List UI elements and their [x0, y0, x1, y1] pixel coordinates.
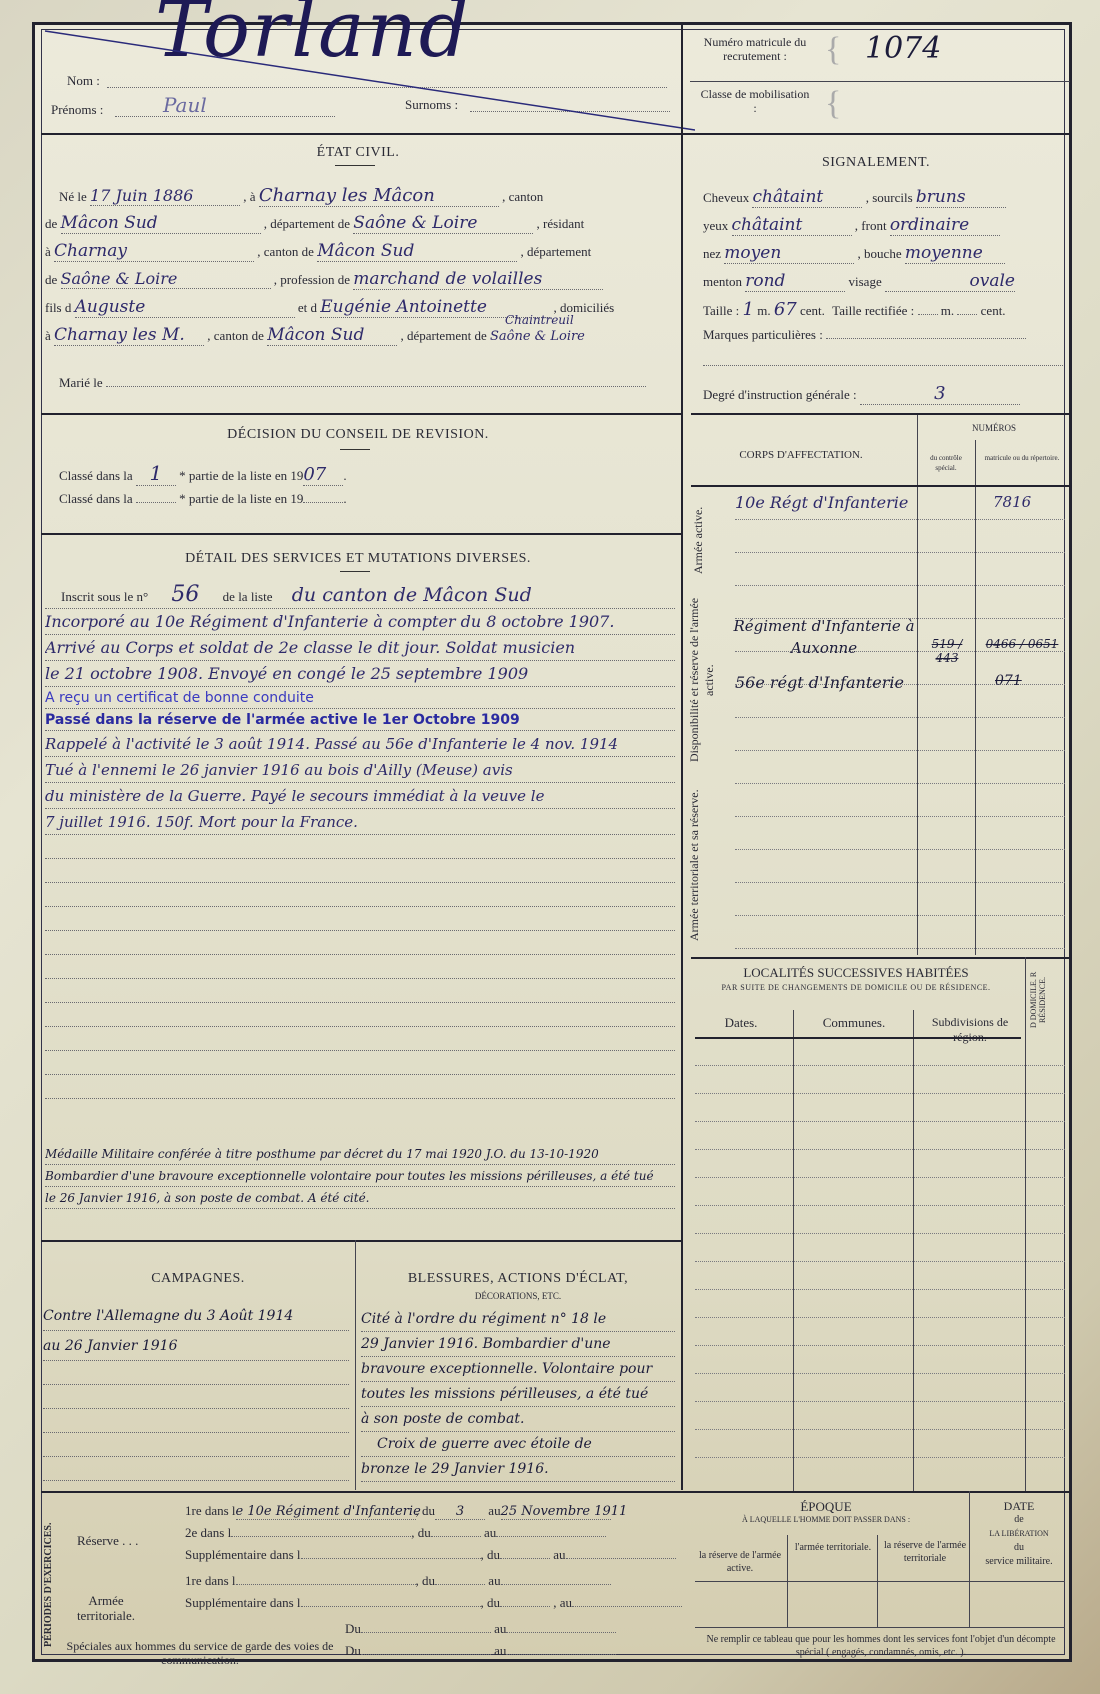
- canton-label: , canton de: [207, 328, 264, 343]
- ruled-line: [695, 1093, 1065, 1094]
- classe-partie-value: [136, 502, 176, 503]
- column-divider: [913, 1010, 914, 1491]
- vertical-divider: [681, 25, 683, 1490]
- affectation-controle: 519 / 443: [921, 637, 973, 665]
- liste-label: de la liste: [223, 589, 273, 604]
- blessure-line: Croix de guerre avec étoile de: [361, 1432, 675, 1457]
- nez-value: moyen: [724, 243, 854, 264]
- exercice-au-value: [572, 1606, 682, 1607]
- inscrit-row: Inscrit sous le n° 56 de la liste du can…: [45, 581, 675, 609]
- marie-label: Marié le: [59, 375, 103, 390]
- date-liberation: LA LIBÉRATION: [971, 1527, 1067, 1541]
- matricule-value: 1074: [865, 31, 941, 66]
- au-label: au: [488, 1573, 500, 1588]
- classe-partie-value: 1: [136, 461, 176, 486]
- a-label: à: [45, 328, 51, 343]
- canton-value: Mâcon Sud: [267, 325, 397, 346]
- blessure-line: 29 Janvier 1916. Bombardier d'une: [361, 1332, 675, 1357]
- affectation-matricule: 0466 / 0651: [977, 637, 1067, 651]
- exercice-du-value: [431, 1536, 481, 1537]
- partie-label: partie de la liste en 19: [189, 468, 303, 483]
- ruled-line: [695, 1121, 1065, 1122]
- ruled-line: [695, 1065, 1065, 1066]
- matricule-header: matricule ou du répertoire.: [977, 453, 1067, 463]
- blank-line: [45, 979, 675, 1003]
- dotted-line: [957, 314, 977, 315]
- sourcils-label: , sourcils: [866, 190, 913, 205]
- a-label: , à: [243, 189, 255, 204]
- section-armee-active: Armée active.: [691, 495, 706, 585]
- ruled-line: [695, 1233, 1065, 1234]
- section-disponibilite: Disponibilité et réserve de l'armée acti…: [687, 595, 717, 765]
- column-divider: [793, 1010, 794, 1491]
- classe-annee-value: [303, 502, 343, 503]
- au-label: , au: [553, 1595, 572, 1610]
- ruled-line: [695, 1177, 1065, 1178]
- classe-row-1: Classé dans la 1 * partie de la liste en…: [59, 461, 347, 486]
- ruled-line: [735, 849, 1065, 850]
- front-label: , front: [855, 218, 887, 233]
- epoque-subtitle: À LAQUELLE L'HOMME DOIT PASSER DANS :: [691, 1515, 961, 1524]
- epoque-col-reserve-territoriale: la réserve de l'armée territoriale: [881, 1539, 969, 1565]
- marques-row: Marques particulières :: [703, 327, 1026, 343]
- campagne-line: Contre l'Allemagne du 3 Août 1914: [43, 1301, 349, 1331]
- section-divider: [41, 533, 681, 535]
- exercice-prefix: 1re dans l: [185, 1573, 236, 1588]
- exercice-row: 1re dans le 10e Régiment d'Infanterie, d…: [185, 1503, 675, 1520]
- subdivisions-header: Subdivisions de région.: [915, 1015, 1025, 1045]
- table-header-divider: [691, 485, 1071, 487]
- exercice-unit-value: [231, 1536, 411, 1537]
- diagonal-strike-line: [35, 25, 695, 135]
- blank-lines: [45, 835, 675, 1099]
- taille-m-value: 1: [743, 299, 754, 320]
- exercice-au-value: [496, 1536, 606, 1537]
- menton-row: menton rond visage ovale: [703, 271, 1015, 292]
- communes-header: Communes.: [795, 1015, 913, 1031]
- cheveux-label: Cheveux: [703, 190, 749, 205]
- marie-row: Marié le: [59, 375, 646, 391]
- ruled-line: [695, 1457, 1065, 1458]
- service-line: le 21 octobre 1908. Envoyé en congé le 2…: [45, 661, 675, 687]
- bouche-value: moyenne: [905, 243, 1005, 264]
- menton-value: rond: [745, 271, 845, 292]
- exercice-unit-value: e 10e Régiment d'Infanterie: [236, 1504, 416, 1520]
- exercice-au-value: 25 Novembre 1911: [501, 1504, 611, 1520]
- blessures-lines: Cité à l'ordre du régiment n° 18 le 29 J…: [361, 1307, 675, 1482]
- et-label: et d: [298, 300, 317, 315]
- ruled-line: [695, 1429, 1065, 1430]
- domicile-residence-header: D DOMICILE. R RÉSIDENCE.: [1029, 965, 1047, 1035]
- affectation-corps: 56e régt d'Infanterie: [735, 673, 904, 692]
- ruled-line: [695, 1373, 1065, 1374]
- residant-label: , résidant: [537, 216, 585, 231]
- date-du: du: [971, 1541, 1067, 1555]
- du-label: , du: [411, 1525, 431, 1540]
- date-title: DATE: [971, 1499, 1067, 1513]
- section-divider: [41, 1240, 681, 1242]
- blessure-line: bravoure exceptionnelle. Volontaire pour: [361, 1357, 675, 1382]
- section-divider: [41, 1491, 1071, 1493]
- blessure-line: à son poste de combat.: [361, 1407, 675, 1432]
- services-lines: Inscrit sous le n° 56 de la liste du can…: [45, 581, 675, 1099]
- ruled-line: [735, 552, 1065, 553]
- affectation-matricule: 071: [995, 673, 1022, 689]
- title-underline: [340, 449, 370, 450]
- du-label: , du: [416, 1573, 436, 1588]
- ruled-line: [695, 1345, 1065, 1346]
- blank-line: [45, 835, 675, 859]
- localites-title: LOCALITÉS SUCCESSIVES HABITÉES: [691, 965, 1021, 981]
- ruled-line: [735, 519, 1065, 520]
- brace-icon: {: [825, 31, 841, 69]
- territoriale-label: Armée territoriale.: [71, 1593, 141, 1623]
- service-line: Arrivé au Corps et soldat de 2e classe l…: [45, 635, 675, 661]
- marie-value: [106, 386, 646, 387]
- profession-row: de Saône & Loire , profession de marchan…: [45, 269, 603, 290]
- du-label: , du: [416, 1503, 436, 1518]
- yeux-value: châtaint: [732, 215, 852, 236]
- date-de: de: [971, 1513, 1067, 1527]
- date-liberation-header: DATE de LA LIBÉRATION du service militai…: [971, 1499, 1067, 1569]
- au-label: au: [494, 1621, 506, 1636]
- classe-label: Classe de mobilisation :: [700, 87, 810, 115]
- service-line: du ministère de la Guerre. Payé le secou…: [45, 783, 675, 809]
- departement-label: , département de: [264, 216, 350, 231]
- canton-label: , canton de: [257, 244, 314, 259]
- service-line: Rappelé à l'activité le 3 août 1914. Pas…: [45, 731, 675, 757]
- departement-label: , département de: [400, 328, 486, 343]
- dotted-line: [918, 314, 938, 315]
- exercice-prefix: 2e dans l: [185, 1525, 231, 1540]
- lieu-naissance-value: Charnay les Mâcon: [259, 185, 499, 207]
- departement-value: Saône & Loire: [490, 329, 585, 344]
- blessure-line: bronze le 29 Janvier 1916.: [361, 1457, 675, 1482]
- blank-line: [45, 1027, 675, 1051]
- taille-m-unit: m.: [757, 303, 770, 318]
- services-title: DÉTAIL DES SERVICES ET MUTATIONS DIVERSE…: [35, 551, 681, 567]
- blank-line: [45, 859, 675, 883]
- column-divider: [975, 440, 976, 955]
- degre-value: 3: [860, 383, 1020, 405]
- sourcils-value: bruns: [916, 187, 1006, 208]
- brace-icon: {: [825, 85, 841, 123]
- ruled-line: [735, 750, 1065, 751]
- departement-label: , département: [520, 244, 591, 259]
- departement-value: Saône & Loire: [353, 213, 533, 234]
- ne-le-value: 17 Juin 1886: [90, 186, 240, 206]
- exercice-du-value: [500, 1606, 550, 1607]
- epoque-title: ÉPOQUE: [691, 1499, 961, 1515]
- canton-value: Mâcon Sud: [317, 241, 517, 262]
- taille-row: Taille : 1 m. 67 cent. Taille rectifiée …: [703, 299, 1006, 320]
- marques-value: [826, 338, 1026, 339]
- blank-line: [43, 1409, 349, 1433]
- blank-line: [45, 883, 675, 907]
- front-value: ordinaire: [890, 215, 1000, 236]
- conseil-title: DÉCISION DU CONSEIL DE REVISION.: [35, 427, 681, 443]
- signalement-title: SIGNALEMENT.: [681, 155, 1071, 171]
- inscrit-num-value: 56: [171, 582, 199, 607]
- blessure-line: Cité à l'ordre du régiment n° 18 le: [361, 1307, 675, 1332]
- exercice-row: Supplémentaire dans l, du au: [185, 1547, 675, 1563]
- exercice-prefix: 1re dans l: [185, 1503, 236, 1518]
- ne-le-row: Né le 17 Juin 1886 , à Charnay les Mâcon…: [59, 185, 543, 207]
- visage-label: visage: [849, 274, 882, 289]
- blank-line: [45, 931, 675, 955]
- de-label: de: [45, 272, 57, 287]
- residant-value: Charnay: [54, 241, 254, 262]
- exercice-du-value: [435, 1584, 485, 1585]
- epoque-note: Ne remplir ce tableau que pour les homme…: [701, 1633, 1061, 1659]
- ruled-line: [735, 882, 1065, 883]
- blank-line: [45, 1003, 675, 1027]
- exercice-prefix: Du: [345, 1643, 361, 1658]
- exercice-unit-value: [301, 1606, 481, 1607]
- exercice-row: 1re dans l, du au: [185, 1573, 675, 1589]
- exercice-prefix: Du: [345, 1621, 361, 1636]
- exercice-du-value: [500, 1558, 550, 1559]
- medaille-line: Bombardier d'une bravoure exceptionnelle…: [45, 1165, 675, 1187]
- blank-line: [43, 1385, 349, 1409]
- ruled-line: [735, 915, 1065, 916]
- nez-label: nez: [703, 246, 721, 261]
- exercice-au-value: [506, 1654, 616, 1655]
- epoque-col-territoriale: l'armée territoriale.: [791, 1541, 875, 1554]
- exercice-row: 2e dans l, du au: [185, 1525, 675, 1541]
- ruled-line: [735, 816, 1065, 817]
- service-line: 7 juillet 1916. 150f. Mort pour la Franc…: [45, 809, 675, 835]
- service-line: Incorporé au 10e Régiment d'Infanterie à…: [45, 609, 675, 635]
- classe-label: Classé dans la: [59, 491, 133, 506]
- ruled-line: [695, 1205, 1065, 1206]
- section-territoriale: Armée territoriale et sa réserve.: [687, 785, 702, 945]
- affectation-corps: 10e Régt d'Infanterie: [735, 493, 908, 512]
- nez-row: nez moyen , bouche moyenne: [703, 243, 1005, 264]
- campagnes-lines: Contre l'Allemagne du 3 Août 1914 au 26 …: [43, 1301, 349, 1481]
- blank-line: [43, 1433, 349, 1457]
- etat-civil-title: ÉTAT CIVIL.: [35, 145, 681, 161]
- blessures-title: BLESSURES, ACTIONS D'ÉCLAT,: [355, 1271, 681, 1287]
- table-divider: [695, 1627, 1065, 1628]
- yeux-row: yeux châtaint , front ordinaire: [703, 215, 1000, 236]
- section-divider: [691, 957, 1071, 959]
- au-label: au: [488, 1503, 500, 1518]
- du-label: , du: [481, 1595, 501, 1610]
- menton-label: menton: [703, 274, 742, 289]
- exercice-prefix: Supplémentaire dans l: [185, 1595, 301, 1610]
- au-label: au: [494, 1643, 506, 1658]
- pere-value: Auguste: [75, 297, 295, 318]
- blank-line: [45, 955, 675, 979]
- blessures-subtitle: DÉCORATIONS, ETC.: [355, 1291, 681, 1301]
- medaille-line: le 26 Janvier 1916, à son poste de comba…: [45, 1187, 675, 1209]
- classe-label: Classé dans la: [59, 468, 133, 483]
- ne-le-label: Né le: [59, 189, 87, 204]
- exercice-unit-value: [361, 1654, 491, 1655]
- profession-value: marchand de volailles: [353, 269, 603, 290]
- a-label: à: [45, 244, 51, 259]
- inscrit-label: Inscrit sous le n°: [61, 589, 148, 604]
- degre-row: Degré d'instruction générale : 3: [703, 383, 1020, 405]
- divider: [690, 81, 1070, 82]
- yeux-label: yeux: [703, 218, 728, 233]
- taille-cm-value: 67: [774, 299, 797, 320]
- exercice-row: Du au: [345, 1621, 675, 1637]
- du-label: , du: [481, 1547, 501, 1562]
- blank-line: [45, 1051, 675, 1075]
- affectation-corps: Régiment d'Infanterie à Auxonne: [729, 615, 919, 659]
- de-label: de: [45, 216, 57, 231]
- blessure-line: toutes les missions périlleuses, a été t…: [361, 1382, 675, 1407]
- liste-value: du canton de Mâcon Sud: [292, 584, 532, 606]
- speciales-label: Spéciales aux hommes du service de garde…: [65, 1639, 335, 1667]
- ruled-line: [695, 1149, 1065, 1150]
- title-underline: [335, 165, 375, 166]
- cheveux-value: châtaint: [752, 187, 862, 208]
- degre-label: Degré d'instruction générale :: [703, 387, 857, 402]
- bouche-label: , bouche: [858, 246, 902, 261]
- ruled-line: [735, 783, 1065, 784]
- dotted-line: [703, 365, 1063, 366]
- ruled-line: [735, 585, 1065, 586]
- blank-line: [45, 907, 675, 931]
- visage-value: ovale: [885, 271, 1015, 292]
- fils-label: fils d: [45, 300, 71, 315]
- affectation-matricule: 7816: [993, 493, 1031, 511]
- exercice-prefix: Supplémentaire dans l: [185, 1547, 301, 1562]
- taille-rectifiee-label: Taille rectifiée :: [832, 303, 914, 318]
- classe-annee-value: 07: [303, 464, 343, 486]
- column-divider: [969, 1491, 970, 1627]
- localites-subtitle: PAR SUITE DE CHANGEMENTS DE DOMICILE OU …: [691, 983, 1021, 992]
- controle-header: du contrôle spécial.: [919, 453, 973, 473]
- blank-line: [43, 1457, 349, 1481]
- taille-cm-unit: cent.: [800, 303, 825, 318]
- blank-line: [45, 1075, 675, 1099]
- au-label: au: [553, 1547, 565, 1562]
- section-divider: [691, 413, 1071, 415]
- exercice-unit-value: [361, 1632, 491, 1633]
- exercice-unit-value: [301, 1558, 481, 1559]
- ruled-line: [735, 717, 1065, 718]
- ruled-line: [695, 1401, 1065, 1402]
- section-divider: [41, 413, 681, 415]
- domicile-row: à Charnay les M. , canton de Mâcon Sud ,…: [45, 325, 585, 346]
- marques-label: Marques particulières :: [703, 327, 823, 342]
- title-underline: [340, 571, 370, 572]
- dates-header: Dates.: [691, 1015, 791, 1031]
- column-divider: [1025, 957, 1026, 1491]
- military-register-page: Torland Nom : Prénoms : Paul Surnoms : N…: [32, 22, 1072, 1662]
- canton-row: de Mâcon Sud , département de Saône & Lo…: [45, 213, 584, 234]
- partie-label: partie de la liste en 19: [189, 491, 303, 506]
- corps-header: CORPS D'AFFECTATION.: [691, 449, 911, 461]
- exercice-au-value: [506, 1632, 616, 1633]
- taille-rect-m-unit: m.: [941, 303, 954, 318]
- service-line: Tué à l'ennemi le 26 janvier 1916 au boi…: [45, 757, 675, 783]
- cheveux-row: Cheveux châtaint , sourcils bruns: [703, 187, 1006, 208]
- matricule-label: Numéro matricule du recrutement :: [695, 35, 815, 63]
- classe-row-2: Classé dans la * partie de la liste en 1…: [59, 491, 347, 507]
- date-service: service militaire.: [971, 1555, 1067, 1569]
- section-divider: [41, 133, 1071, 135]
- profession-label: , profession de: [274, 272, 350, 287]
- ruled-line: [695, 1261, 1065, 1262]
- numeros-header: NUMÉROS: [917, 423, 1071, 433]
- domicile-value: Charnay les M.: [54, 325, 204, 346]
- canton-value: Mâcon Sud: [61, 213, 261, 234]
- taille-label: Taille :: [703, 303, 739, 318]
- au-label: au: [484, 1525, 496, 1540]
- exercice-row: Supplémentaire dans l, du , au: [185, 1595, 675, 1611]
- exercice-au-value: [566, 1558, 676, 1559]
- canton-label: , canton: [502, 189, 543, 204]
- campagnes-title: CAMPAGNES.: [41, 1271, 355, 1287]
- exercice-au-value: [501, 1584, 611, 1585]
- medaille-line: Médaille Militaire conférée à titre post…: [45, 1143, 675, 1165]
- reserve-label: Réserve . . .: [77, 1533, 138, 1549]
- exercices-side-label: PÉRIODES D'EXERCICES.: [43, 1515, 54, 1655]
- epoque-col-reserve-active: la réserve de l'armée active.: [695, 1549, 785, 1575]
- ruled-line: [735, 948, 1065, 949]
- ruled-line: [695, 1289, 1065, 1290]
- exercice-du-value: 3: [435, 1504, 485, 1520]
- residant-row: à Charnay , canton de Mâcon Sud , départ…: [45, 241, 591, 262]
- departement-value: Saône & Loire: [61, 269, 271, 289]
- blank-line: [43, 1361, 349, 1385]
- medaille-block: Médaille Militaire conférée à titre post…: [45, 1143, 675, 1209]
- stamp-reserve: Passé dans la réserve de l'armée active …: [45, 709, 675, 731]
- ruled-line: [695, 1317, 1065, 1318]
- table-divider: [695, 1581, 1065, 1582]
- table-header-divider: [695, 1037, 1021, 1039]
- campagne-line: au 26 Janvier 1916: [43, 1331, 349, 1361]
- taille-rect-cm-unit: cent.: [981, 303, 1006, 318]
- exercice-unit-value: [236, 1584, 416, 1585]
- column-divider: [917, 415, 918, 955]
- exercice-row: Du au: [345, 1643, 675, 1659]
- stamp-bonne-conduite: A reçu un certificat de bonne conduite: [45, 687, 675, 709]
